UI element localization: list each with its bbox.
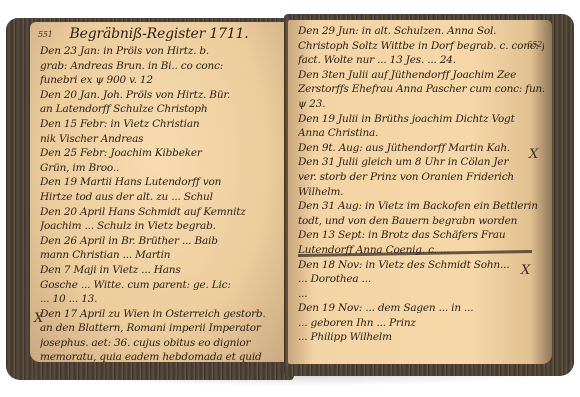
right-page: 552 Den 29 Jun: in alt. Schulzen. Anna S…: [288, 20, 552, 364]
handwritten-line: Den 26 April in Br. Brüther ... Baib: [40, 234, 278, 249]
handwritten-line: ... geboren Ihn ... Prinz: [298, 316, 544, 331]
handwritten-line: todt, und von den Bauern begrabn worden: [298, 214, 544, 229]
handwritten-line: ver. storb der Prinz von Oranien Frideri…: [298, 170, 544, 185]
handwritten-line: Den 19 Julii in Brüths joachim Dichtz Vo…: [298, 112, 544, 127]
handwritten-line: Anna Christina.: [298, 126, 544, 141]
handwritten-line: Den 20 April Hans Schmidt auf Kemnitz: [40, 205, 278, 220]
handwritten-line: memoratu, quia eadem hebdomada et quid: [40, 350, 278, 362]
handwritten-line: Den 3ten Julii auf Jüthendorff Joachim Z…: [298, 68, 544, 83]
handwritten-line: Den 9t. Aug: aus Jüthendorff Martin Kah.: [298, 141, 544, 156]
handwritten-line: ... Dorothea ...: [298, 272, 544, 287]
open-register-book: 551 Begräbniß-Register 1711. Den 23 Jan:…: [6, 14, 574, 380]
handwritten-line: Den 13 Sept: in Brotz das Schäfers Frau: [298, 228, 544, 243]
handwritten-line: Hirtze tod aus der alt. zu ... Schul: [40, 190, 278, 205]
handwritten-line: ... 10 ... 13.: [40, 292, 278, 307]
handwritten-line: Den 31 Aug: in Vietz im Backofen ein Bet…: [298, 199, 544, 214]
handwritten-line: Den 15 Febr: in Vietz Christian: [40, 117, 278, 132]
margin-cross-mark: X: [529, 148, 538, 163]
handwritten-line: ...: [298, 287, 544, 302]
handwritten-line: funebri ex ψ 900 v. 12: [40, 73, 278, 88]
handwritten-line: Joachim ... Schulz in Vietz begrab.: [40, 219, 278, 234]
handwritten-line: Den 19 Martii Hans Lutendorff von: [40, 175, 278, 190]
handwritten-line: Zerstorffs Ehefrau Anna Pascher cum conc…: [298, 82, 544, 97]
left-page: 551 Begräbniß-Register 1711. Den 23 Jan:…: [30, 22, 286, 362]
margin-cross-mark: X: [34, 312, 43, 327]
handwritten-line: ... Philipp Wilhelm: [298, 330, 544, 345]
register-heading: Begräbniß-Register 1711.: [40, 24, 278, 44]
handwritten-line: Den 29 Jun: in alt. Schulzen. Anna Sol.: [298, 24, 544, 39]
handwritten-line: Den 19 Nov: ... dem Sagen ... in ...: [298, 301, 544, 316]
handwritten-line: grab: Andreas Brun. in Bi.. co conc:: [40, 59, 278, 74]
handwritten-line: fact. Wolte nur ... 13 Jes. ... 24.: [298, 53, 544, 68]
handwritten-line: Den 18 Nov: in Vietz des Schmidt Sohn...: [298, 258, 544, 273]
handwritten-line: an Latendorff Schulze Christoph: [40, 102, 278, 117]
handwritten-line: Wilhelm.: [298, 185, 544, 200]
handwritten-line: Den 20 Jan. Joh. Pröls von Hirtz. Bür.: [40, 88, 278, 103]
handwritten-line: Gosche ... Witte. cum parent: ge. Lic:: [40, 278, 278, 293]
handwritten-line: Den 7 Maji in Vietz ... Hans: [40, 263, 278, 278]
handwritten-line: josephus. aet: 36. cujus obitus eo digni…: [40, 336, 278, 351]
handwritten-line: Den 23 Jan: in Pröls von Hirtz. b.: [40, 44, 278, 59]
handwritten-line: Den 31 Julii gleich um 8 Uhr in Cölan Je…: [298, 155, 544, 170]
margin-cross-mark: X: [521, 264, 530, 279]
handwritten-line: mann Christian ... Martin: [40, 248, 278, 263]
handwritten-line: ψ 23.: [298, 97, 544, 112]
handwritten-line: Grün, im Broo..: [40, 161, 278, 176]
handwritten-line: Den 17 April zu Wien in Osterreich gesto…: [40, 307, 278, 322]
handwritten-line: Den 25 Febr: Joachim Kibbeker: [40, 146, 278, 161]
handwritten-line: an den Blattern, Romani imperii Imperato…: [40, 321, 278, 336]
handwritten-line: Christoph Soltz Wittbe in Dorf begrab. c…: [298, 39, 544, 54]
handwritten-line: nik Vischer Andreas: [40, 132, 278, 147]
